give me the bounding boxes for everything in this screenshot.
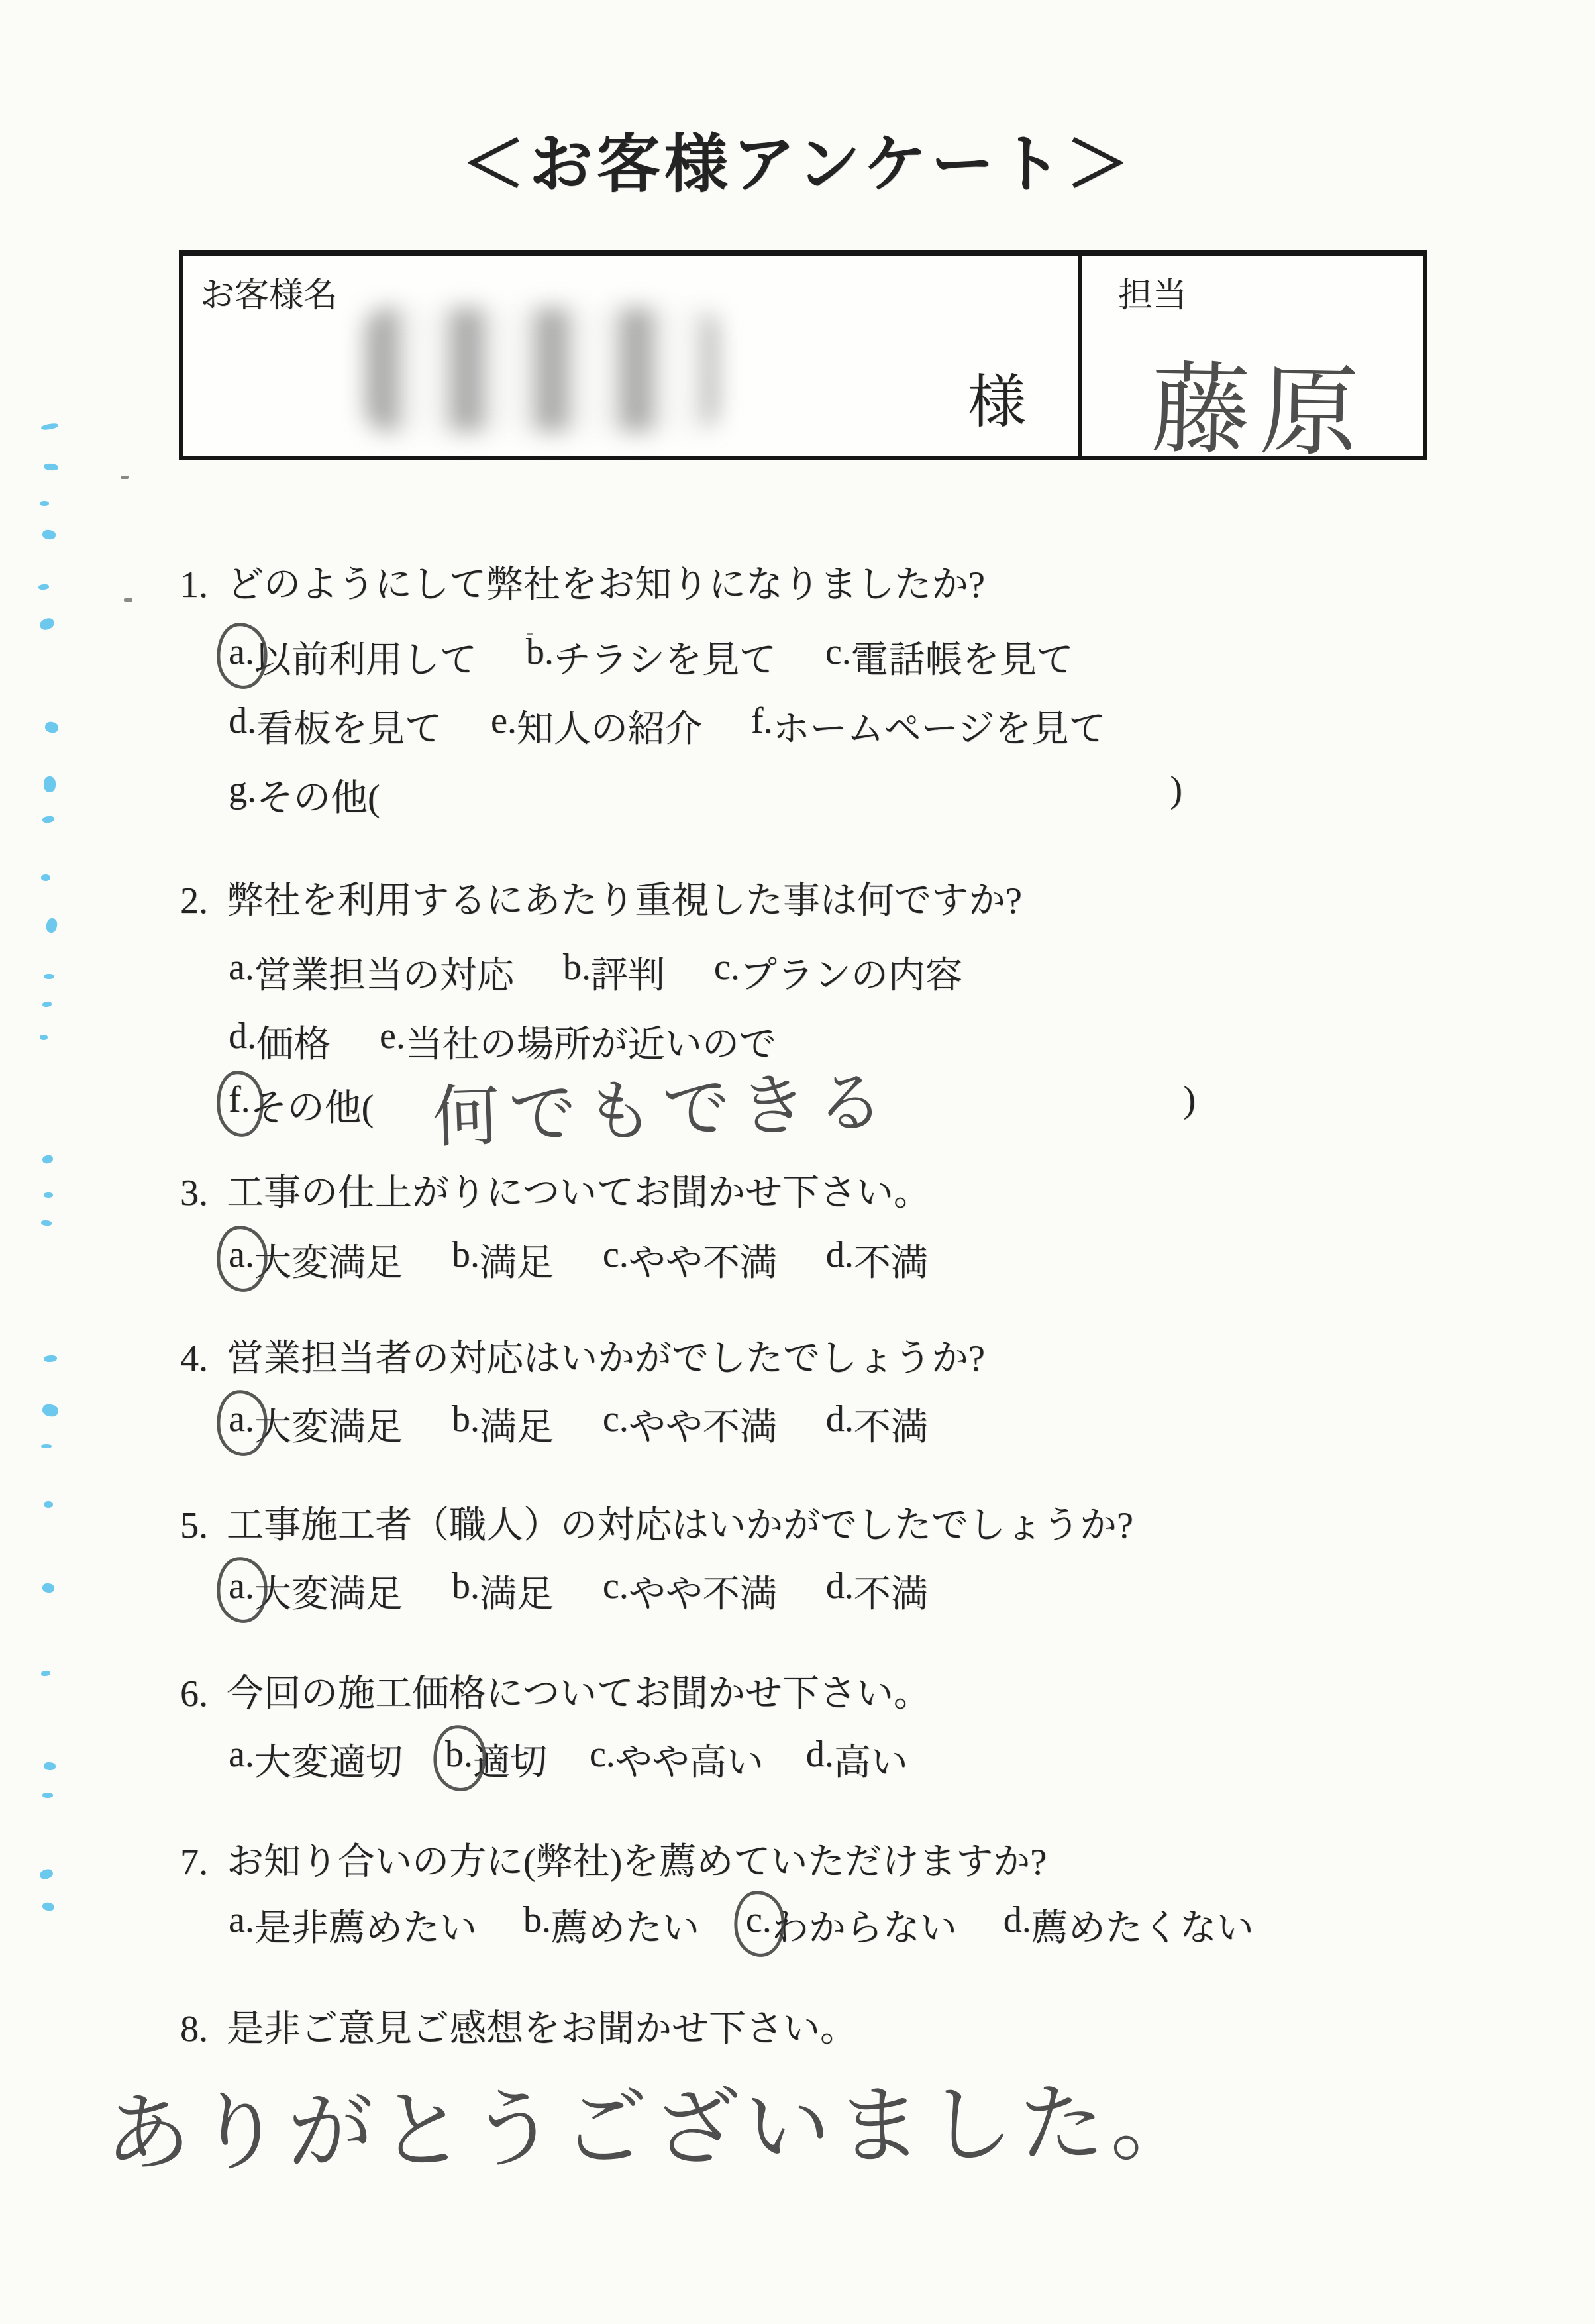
ink-bleed-mark — [42, 1902, 55, 1912]
ink-bleed-mark — [42, 529, 56, 541]
question-1-text: どのようにして弊社をお知りになりましたか? — [227, 564, 985, 606]
option-1c-letter: c. — [825, 631, 851, 673]
option-5a-label: 大変満足 — [254, 1565, 403, 1618]
option-6d-letter: d. — [806, 1733, 834, 1775]
option-1a-letter selection-circle: a. — [229, 631, 254, 673]
question-8-title: 8.是非ご意見ご感想をお聞かせ下さい。 — [180, 1999, 857, 2052]
ink-bleed-mark — [44, 974, 54, 979]
option-2a-letter: a. — [229, 946, 254, 988]
option-3a-letter selection-circle: a. — [229, 1234, 254, 1276]
option-7d: d.薦めたくない — [1003, 1899, 1254, 1952]
option-3b-letter: b. — [452, 1234, 480, 1276]
option-3a: a.大変満足 — [229, 1234, 403, 1287]
customer-name-blur — [365, 308, 717, 431]
option-6c-letter: c. — [590, 1733, 615, 1775]
ink-bleed-mark — [41, 1444, 52, 1448]
option-3b: b.満足 — [452, 1234, 554, 1287]
question-3-number: 3. — [180, 1172, 227, 1214]
option-5c-letter: c. — [603, 1565, 629, 1607]
option-6b: b.適切 — [445, 1733, 547, 1786]
option-1e: e.知人の紹介 — [491, 700, 702, 753]
question-7-number: 7. — [180, 1841, 227, 1883]
honorific-label: 様 — [968, 356, 1026, 439]
question-3-title: 3.工事の仕上がりについてお聞かせ下さい。 — [180, 1163, 931, 1216]
question-2-options-row-3: f.その他( 何でもできる ) — [229, 1079, 1196, 1153]
option-2f: f.その他( — [229, 1079, 374, 1132]
option-1c-label: 電話帳を見て — [851, 631, 1074, 684]
q2-handwritten-answer: 何でもできる — [431, 1048, 895, 1161]
option-1g-letter: g. — [229, 768, 256, 811]
option-6d: d.高い — [806, 1733, 908, 1786]
option-7a-letter: a. — [229, 1899, 254, 1941]
question-1-close-paren: ) — [1170, 768, 1182, 811]
option-5a: a.大変満足 — [229, 1565, 403, 1618]
ink-bleed-mark — [41, 1670, 51, 1676]
ink-bleed-mark — [42, 1154, 54, 1165]
option-1e-letter: e. — [491, 700, 517, 742]
question-5-options: a.大変満足 b.満足 c.やや不満 d.不満 — [229, 1565, 928, 1618]
option-2c-letter: c. — [714, 946, 740, 988]
question-3-options: a.大変満足 b.満足 c.やや不満 d.不満 — [229, 1234, 928, 1287]
option-2b-letter: b. — [563, 946, 591, 988]
question-6-text: 今回の施工価格についてお聞かせ下さい。 — [227, 1673, 931, 1715]
ink-bleed-mark — [42, 816, 54, 823]
option-2d: d.価格 — [229, 1015, 331, 1068]
option-7c-label: わからない — [772, 1899, 957, 1952]
option-2f-label: その他( — [250, 1079, 374, 1132]
option-4b-letter: b. — [452, 1398, 480, 1440]
ink-bleed-mark — [38, 584, 50, 590]
option-5b-letter: b. — [452, 1565, 480, 1607]
option-7c-letter selection-circle: c. — [746, 1899, 772, 1941]
option-5d-label: 不満 — [854, 1565, 928, 1618]
option-3c-label: やや不満 — [629, 1234, 777, 1287]
option-2c: c.プランの内容 — [714, 946, 962, 999]
ink-bleed-mark — [40, 501, 49, 506]
question-7-title: 7.お知り合いの方に(弊社)を薦めていただけますか? — [180, 1832, 1047, 1885]
option-4a: a.大変満足 — [229, 1398, 403, 1451]
option-4a-letter selection-circle: a. — [229, 1398, 254, 1440]
question-2-number: 2. — [180, 880, 227, 922]
option-6d-label: 高い — [834, 1733, 908, 1786]
ink-bleed-mark — [42, 1583, 55, 1593]
question-1-title: 1.どのようにして弊社をお知りになりましたか? — [180, 555, 985, 608]
option-7c: c.わからない — [746, 1899, 957, 1952]
option-7a: a.是非薦めたい — [229, 1899, 477, 1952]
option-2a-label: 営業担当の対応 — [254, 946, 514, 999]
ink-bleed-mark — [44, 1501, 53, 1508]
staff-name-handwritten: 藤原 — [1150, 329, 1370, 476]
question-2-options-row-1: a.営業担当の対応 b.評判 c.プランの内容 — [229, 946, 962, 999]
option-5a-letter selection-circle: a. — [229, 1565, 254, 1607]
option-5d-letter: d. — [826, 1565, 854, 1607]
ink-bleed-mark — [41, 1403, 59, 1418]
option-4d: d.不満 — [826, 1398, 928, 1451]
option-3d: d.不満 — [826, 1234, 928, 1287]
ink-bleed-mark — [42, 1793, 53, 1798]
ink-bleed-mark — [38, 1868, 54, 1880]
option-7d-label: 薦めたくない — [1031, 1899, 1254, 1952]
option-6c: c.やや高い — [590, 1733, 764, 1786]
option-6c-label: やや高い — [615, 1733, 764, 1786]
option-4c: c.やや不満 — [603, 1398, 777, 1451]
option-5c: c.やや不満 — [603, 1565, 777, 1618]
ink-bleed-mark — [38, 616, 56, 631]
question-1-options-row-1: a.以前利用して b.チラシを見て c.電話帳を見て — [229, 631, 1074, 684]
ink-bleed-mark — [44, 776, 56, 792]
option-4c-label: やや不満 — [629, 1398, 777, 1451]
option-4d-label: 不満 — [854, 1398, 928, 1451]
ink-bleed-mark — [44, 1355, 58, 1362]
question-5-text: 工事施工者（職人）の対応はいかがでしたでしょうか? — [227, 1505, 1133, 1546]
ink-bleed-mark — [44, 1192, 53, 1198]
option-4b-label: 満足 — [480, 1398, 554, 1451]
option-5c-label: やや不満 — [629, 1565, 777, 1618]
scan-speck — [124, 598, 132, 602]
option-2b: b.評判 — [563, 946, 665, 999]
customer-name-box: お客様名 様 担当 藤原 — [179, 250, 1427, 460]
scanned-survey-page: ＜お客様アンケート＞ お客様名 様 担当 藤原 1.どのようにして弊社をお知りに… — [0, 0, 1595, 2324]
question-5-number: 5. — [180, 1505, 227, 1547]
option-2e-letter: e. — [380, 1015, 405, 1057]
question-2-title: 2.弊社を利用するにあたり重視した事は何ですか? — [180, 871, 1022, 924]
option-2b-label: 評判 — [591, 946, 665, 999]
option-1a-label: 以前利用して — [254, 631, 477, 684]
question-6-number: 6. — [180, 1673, 227, 1715]
option-2c-label: プランの内容 — [740, 946, 962, 999]
ink-bleed-mark — [41, 423, 59, 431]
option-7d-letter: d. — [1003, 1899, 1031, 1941]
option-1b: b.チラシを見て — [526, 631, 776, 684]
question-5-title: 5.工事施工者（職人）の対応はいかがでしたでしょうか? — [180, 1496, 1133, 1549]
option-3d-label: 不満 — [854, 1234, 928, 1287]
ink-bleed-mark — [41, 1220, 52, 1226]
option-2f-letter selection-circle: f. — [229, 1079, 250, 1121]
ink-bleed-mark — [44, 463, 59, 471]
option-1f: f.ホームページを見て — [751, 700, 1106, 753]
question-4-options: a.大変満足 b.満足 c.やや不満 d.不満 — [229, 1398, 928, 1451]
page-title: ＜お客様アンケート＞ — [0, 114, 1595, 205]
name-box-divider — [1078, 256, 1082, 456]
ink-bleed-mark — [44, 1762, 56, 1770]
ink-bleed-mark — [42, 1001, 52, 1007]
question-7-options: a.是非薦めたい b.薦めたい c.わからない d.薦めたくない — [229, 1899, 1254, 1952]
option-2a: a.営業担当の対応 — [229, 946, 514, 999]
option-7a-label: 是非薦めたい — [254, 1899, 477, 1952]
question-6-title: 6.今回の施工価格についてお聞かせ下さい。 — [180, 1664, 931, 1717]
question-8-number: 8. — [180, 2008, 227, 2050]
option-4b: b.満足 — [452, 1398, 554, 1451]
option-1c: c.電話帳を見て — [825, 631, 1074, 684]
option-7b: b.薦めたい — [523, 1899, 699, 1952]
option-1b-label: チラシを見て — [554, 631, 776, 684]
option-5d: d.不満 — [826, 1565, 928, 1618]
option-6a: a.大変適切 — [229, 1733, 403, 1786]
question-4-text: 営業担当者の対応はいかがでしたでしょうか? — [227, 1338, 985, 1379]
scan-speck — [121, 476, 129, 479]
option-5b-label: 満足 — [480, 1565, 554, 1618]
option-5b: b.満足 — [452, 1565, 554, 1618]
question-6-options: a.大変適切 b.適切 c.やや高い d.高い — [229, 1733, 908, 1786]
option-1d-letter: d. — [229, 700, 256, 742]
q8-handwritten-comment: ありがとうございました。 — [104, 2053, 1202, 2188]
option-1a: a.以前利用して — [229, 631, 477, 684]
option-1d-label: 看板を見て — [256, 700, 442, 753]
option-6b-letter selection-circle: b. — [445, 1733, 473, 1775]
ink-bleed-mark — [41, 874, 50, 881]
option-1f-label: ホームページを見て — [773, 700, 1106, 753]
option-1b-letter: b. — [526, 631, 554, 673]
option-4a-label: 大変満足 — [254, 1398, 403, 1451]
question-1-options-row-2: d.看板を見て e.知人の紹介 f.ホームページを見て — [229, 700, 1106, 753]
option-1d: d.看板を見て — [229, 700, 442, 753]
question-1-options-row-3: g.その他( ) — [229, 768, 1182, 821]
option-6a-letter: a. — [229, 1733, 254, 1775]
question-8-text: 是非ご意見ご感想をお聞かせ下さい。 — [227, 2009, 857, 2050]
option-3c-letter: c. — [603, 1234, 629, 1276]
option-6a-label: 大変適切 — [254, 1733, 403, 1786]
option-3c: c.やや不満 — [603, 1234, 777, 1287]
option-1f-letter: f. — [751, 700, 773, 742]
option-2d-letter: d. — [229, 1015, 256, 1057]
option-1g-label: その他( — [256, 768, 380, 821]
question-2-close-paren: ) — [1183, 1079, 1196, 1121]
question-7-text: お知り合いの方に(弊社)を薦めていただけますか? — [227, 1842, 1047, 1883]
option-3b-label: 満足 — [480, 1234, 554, 1287]
customer-name-label: お客様名 — [200, 267, 338, 317]
option-1g: g.その他( — [229, 768, 380, 821]
option-1e-label: 知人の紹介 — [517, 700, 702, 753]
option-7b-label: 薦めたい — [551, 1899, 699, 1952]
option-3d-letter: d. — [826, 1234, 854, 1276]
ink-bleed-mark — [45, 918, 58, 933]
option-2d-label: 価格 — [256, 1015, 331, 1068]
staff-label: 担当 — [1118, 267, 1187, 317]
option-3a-label: 大変満足 — [254, 1234, 403, 1287]
question-4-number: 4. — [180, 1338, 227, 1380]
ink-bleed-mark — [40, 1035, 48, 1040]
option-7b-letter: b. — [523, 1899, 551, 1941]
option-4c-letter: c. — [603, 1398, 629, 1440]
question-4-title: 4.営業担当者の対応はいかがでしたでしょうか? — [180, 1329, 985, 1382]
question-1-number: 1. — [180, 564, 227, 606]
question-2-text: 弊社を利用するにあたり重視した事は何ですか? — [227, 880, 1022, 922]
ink-bleed-mark — [44, 721, 59, 735]
question-3-text: 工事の仕上がりについてお聞かせ下さい。 — [227, 1173, 931, 1214]
option-4d-letter: d. — [826, 1398, 854, 1440]
